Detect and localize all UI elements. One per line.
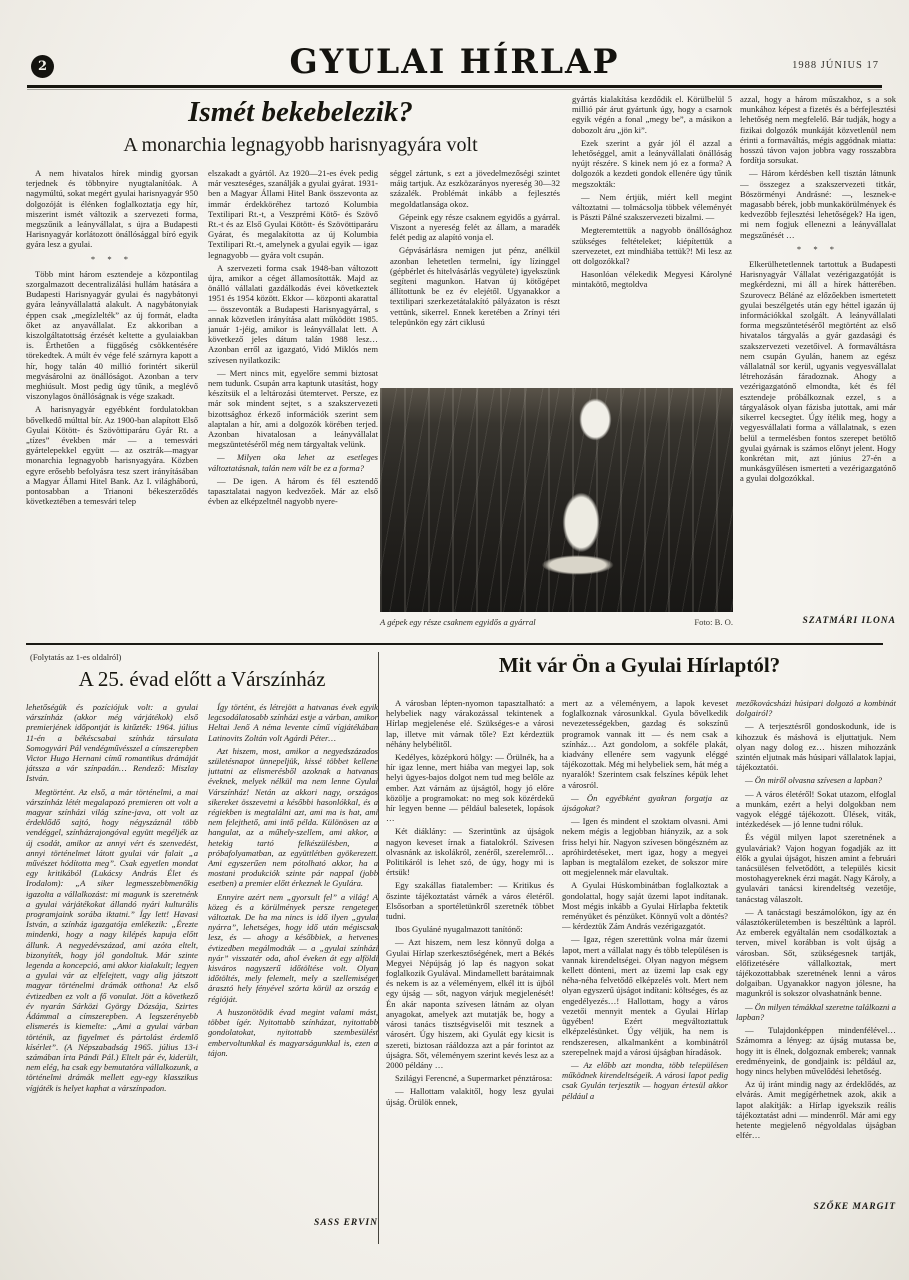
factory-photo: [380, 388, 733, 612]
paragraph: azzal, hogy a három műszakhoz, s a sok m…: [740, 94, 896, 165]
paragraph: * * *: [740, 244, 896, 254]
paragraph: És végül milyen lapot szeretnének a gyul…: [736, 832, 896, 903]
paragraph: lehetőségük és pozíciójuk volt: a gyulai…: [26, 702, 198, 784]
lead-column-2: elszakadt a gyártól. Az 1920—21-es évek …: [208, 168, 378, 646]
masthead-title: GYULAI HÍRLAP: [0, 42, 909, 82]
lead-headline: Ismét bekebelezik?: [28, 96, 573, 129]
paragraph: Szilágyi Ferencné, a Supermarket pénztár…: [386, 1073, 554, 1083]
interview-headline: Mit vár Ön a Gyulai Hírlaptól?: [382, 653, 897, 678]
paragraph: — Milyen oka lehet az esetleges változta…: [208, 452, 378, 472]
masthead-rule: [27, 85, 882, 88]
lead-subhead: A monarchia legnagyobb harisnyagyára vol…: [28, 134, 573, 157]
section-divider-rule: [26, 643, 883, 645]
masthead-date: 1988 JÚNIUS 17: [792, 60, 879, 71]
newspaper-page: 2 GYULAI HÍRLAP 1988 JÚNIUS 17 Ismét bek…: [0, 0, 909, 1280]
paragraph: Elkerülhetetlennek tartottuk a Budapesti…: [740, 259, 896, 483]
paragraph: mezőkovácsházi húsipari dolgozó a kombin…: [736, 698, 896, 718]
paragraph: Gépeink egy része csaknem egyidős a gyár…: [390, 212, 560, 243]
paragraph: Két diáklány: — Szerintünk az újságok na…: [386, 826, 554, 877]
continuation-note: (Folytatás az 1-es oldalról): [30, 652, 121, 662]
paragraph: Azt hiszem, most, amikor a negyedszázado…: [208, 746, 378, 889]
theatre-column-2: Így történt, és létrejött a hatvanas éve…: [208, 702, 378, 1214]
interview-column-2: mert az a véleményem, a lapok keveset fo…: [562, 698, 728, 1244]
paragraph: A városban lépten-nyomon tapasztalható: …: [386, 698, 554, 749]
paragraph: Ennyire azért nem „gyorsult fel” a világ…: [208, 892, 378, 1004]
paragraph: * * *: [26, 254, 198, 264]
paragraph: — Az előbb azt mondta, több településen …: [562, 1060, 728, 1101]
interview-byline: SZŐKE MARGIT: [736, 1202, 896, 1212]
paragraph: Kedélyes, középkorú hölgy: — Örülnék, ha…: [386, 752, 554, 823]
paragraph: Egy szakállas fiatalember: — Kritikus és…: [386, 880, 554, 921]
paragraph: — Ön milyen témákkal szeretne találkozni…: [736, 1002, 896, 1022]
paragraph: elszakadt a gyártól. Az 1920—21-es évek …: [208, 168, 378, 260]
paragraph: Több mint három esztendeje a központilag…: [26, 269, 198, 402]
paragraph: — A város életéről! Sokat utazom, elfogl…: [736, 789, 896, 830]
paragraph: — Tulajdonképpen mindenfélével… Számomra…: [736, 1025, 896, 1076]
lead-column-5: azzal, hogy a három műszakhoz, s a sok m…: [740, 94, 896, 610]
paragraph: Ibos Gyuláné nyugalmazott tanítónő:: [386, 924, 554, 934]
paragraph: — Mert nincs mit, egyelőre semmi biztosa…: [208, 368, 378, 450]
theatre-byline: SASS ERVIN: [208, 1218, 378, 1228]
lead-column-1: A nem hivatalos hírek mindig gyorsan ter…: [26, 168, 198, 646]
paragraph: — A tanácstagi beszámolókon, így az én v…: [736, 907, 896, 999]
paragraph: Ezek szerint a gyár jól él azzal a lehet…: [572, 138, 732, 189]
paragraph: A huszonötödik évad megint valami mást, …: [208, 1007, 378, 1058]
paragraph: — Ön egyébként gyakran forgatja az újság…: [562, 793, 728, 813]
paragraph: — De igen. A három és fél esztendő tapas…: [208, 476, 378, 507]
paragraph: Gépvásárlásra nemigen jut pénz, anélkül …: [390, 245, 560, 327]
paragraph: — Igen és mindent el szoktam olvasni. Am…: [562, 816, 728, 877]
paragraph: — Nem értjük, miért kell megint változta…: [572, 192, 732, 223]
column-divider-rule: [378, 652, 379, 1244]
paragraph: A Gyulai Húskombinátban foglalkoztak a g…: [562, 880, 728, 931]
paragraph: — Igaz, régen szerettünk volna már üzemi…: [562, 934, 728, 1056]
paragraph: A harisnyagyár egyébként fordulatokban b…: [26, 404, 198, 506]
lead-column-3: séggel zártunk, s ezt a jövedelmezőségi …: [390, 168, 560, 386]
theatre-column-1: lehetőségük és pozíciójuk volt: a gyulai…: [26, 702, 198, 1242]
paragraph: — A terjesztésről gondoskodunk, ide is k…: [736, 721, 896, 772]
paragraph: Az új iránt mindig nagy az érdeklődés, a…: [736, 1079, 896, 1140]
paragraph: — Azt hiszem, nem lesz könnyű dolga a Gy…: [386, 937, 554, 1070]
paragraph: gyártás kialakítása kezdődik el. Körülbe…: [572, 94, 732, 135]
lead-byline: SZATMÁRI ILONA: [740, 616, 896, 626]
paragraph: Megtörtént. Az első, a már történelmi, a…: [26, 787, 198, 1093]
photo-caption: A gépek egy része csaknem egyidős a gyár…: [380, 617, 630, 627]
paragraph: Hasonlóan vélekedik Megyesi Károlyné min…: [572, 269, 732, 289]
paragraph: séggel zártunk, s ezt a jövedelmezőségi …: [390, 168, 560, 209]
paragraph: A nem hivatalos hírek mindig gyorsan ter…: [26, 168, 198, 250]
paragraph: mert az a véleményem, a lapok keveset fo…: [562, 698, 728, 790]
photo-credit: Foto: B. O.: [640, 617, 733, 627]
paragraph: Megteremtettük a nagyobb önállósághoz sz…: [572, 225, 732, 266]
interview-column-1: A városban lépten-nyomon tapasztalható: …: [386, 698, 554, 1244]
paragraph: — Hallottam valakitől, hogy lesz gyulai …: [386, 1086, 554, 1106]
paragraph: A szervezeti forma csak 1948-ban változo…: [208, 263, 378, 365]
theatre-headline: A 25. évad előtt a Várszínház: [26, 667, 378, 692]
interview-column-3: mezőkovácsházi húsipari dolgozó a kombin…: [736, 698, 896, 1200]
paragraph: — Ön miről olvasna szívesen a lapban?: [736, 775, 896, 785]
paragraph: Így történt, és létrejött a hatvanas éve…: [208, 702, 378, 743]
paragraph: — Három kérdésben kell tisztán látnunk —…: [740, 168, 896, 239]
lead-column-4: gyártás kialakítása kezdődik el. Körülbe…: [572, 94, 732, 384]
